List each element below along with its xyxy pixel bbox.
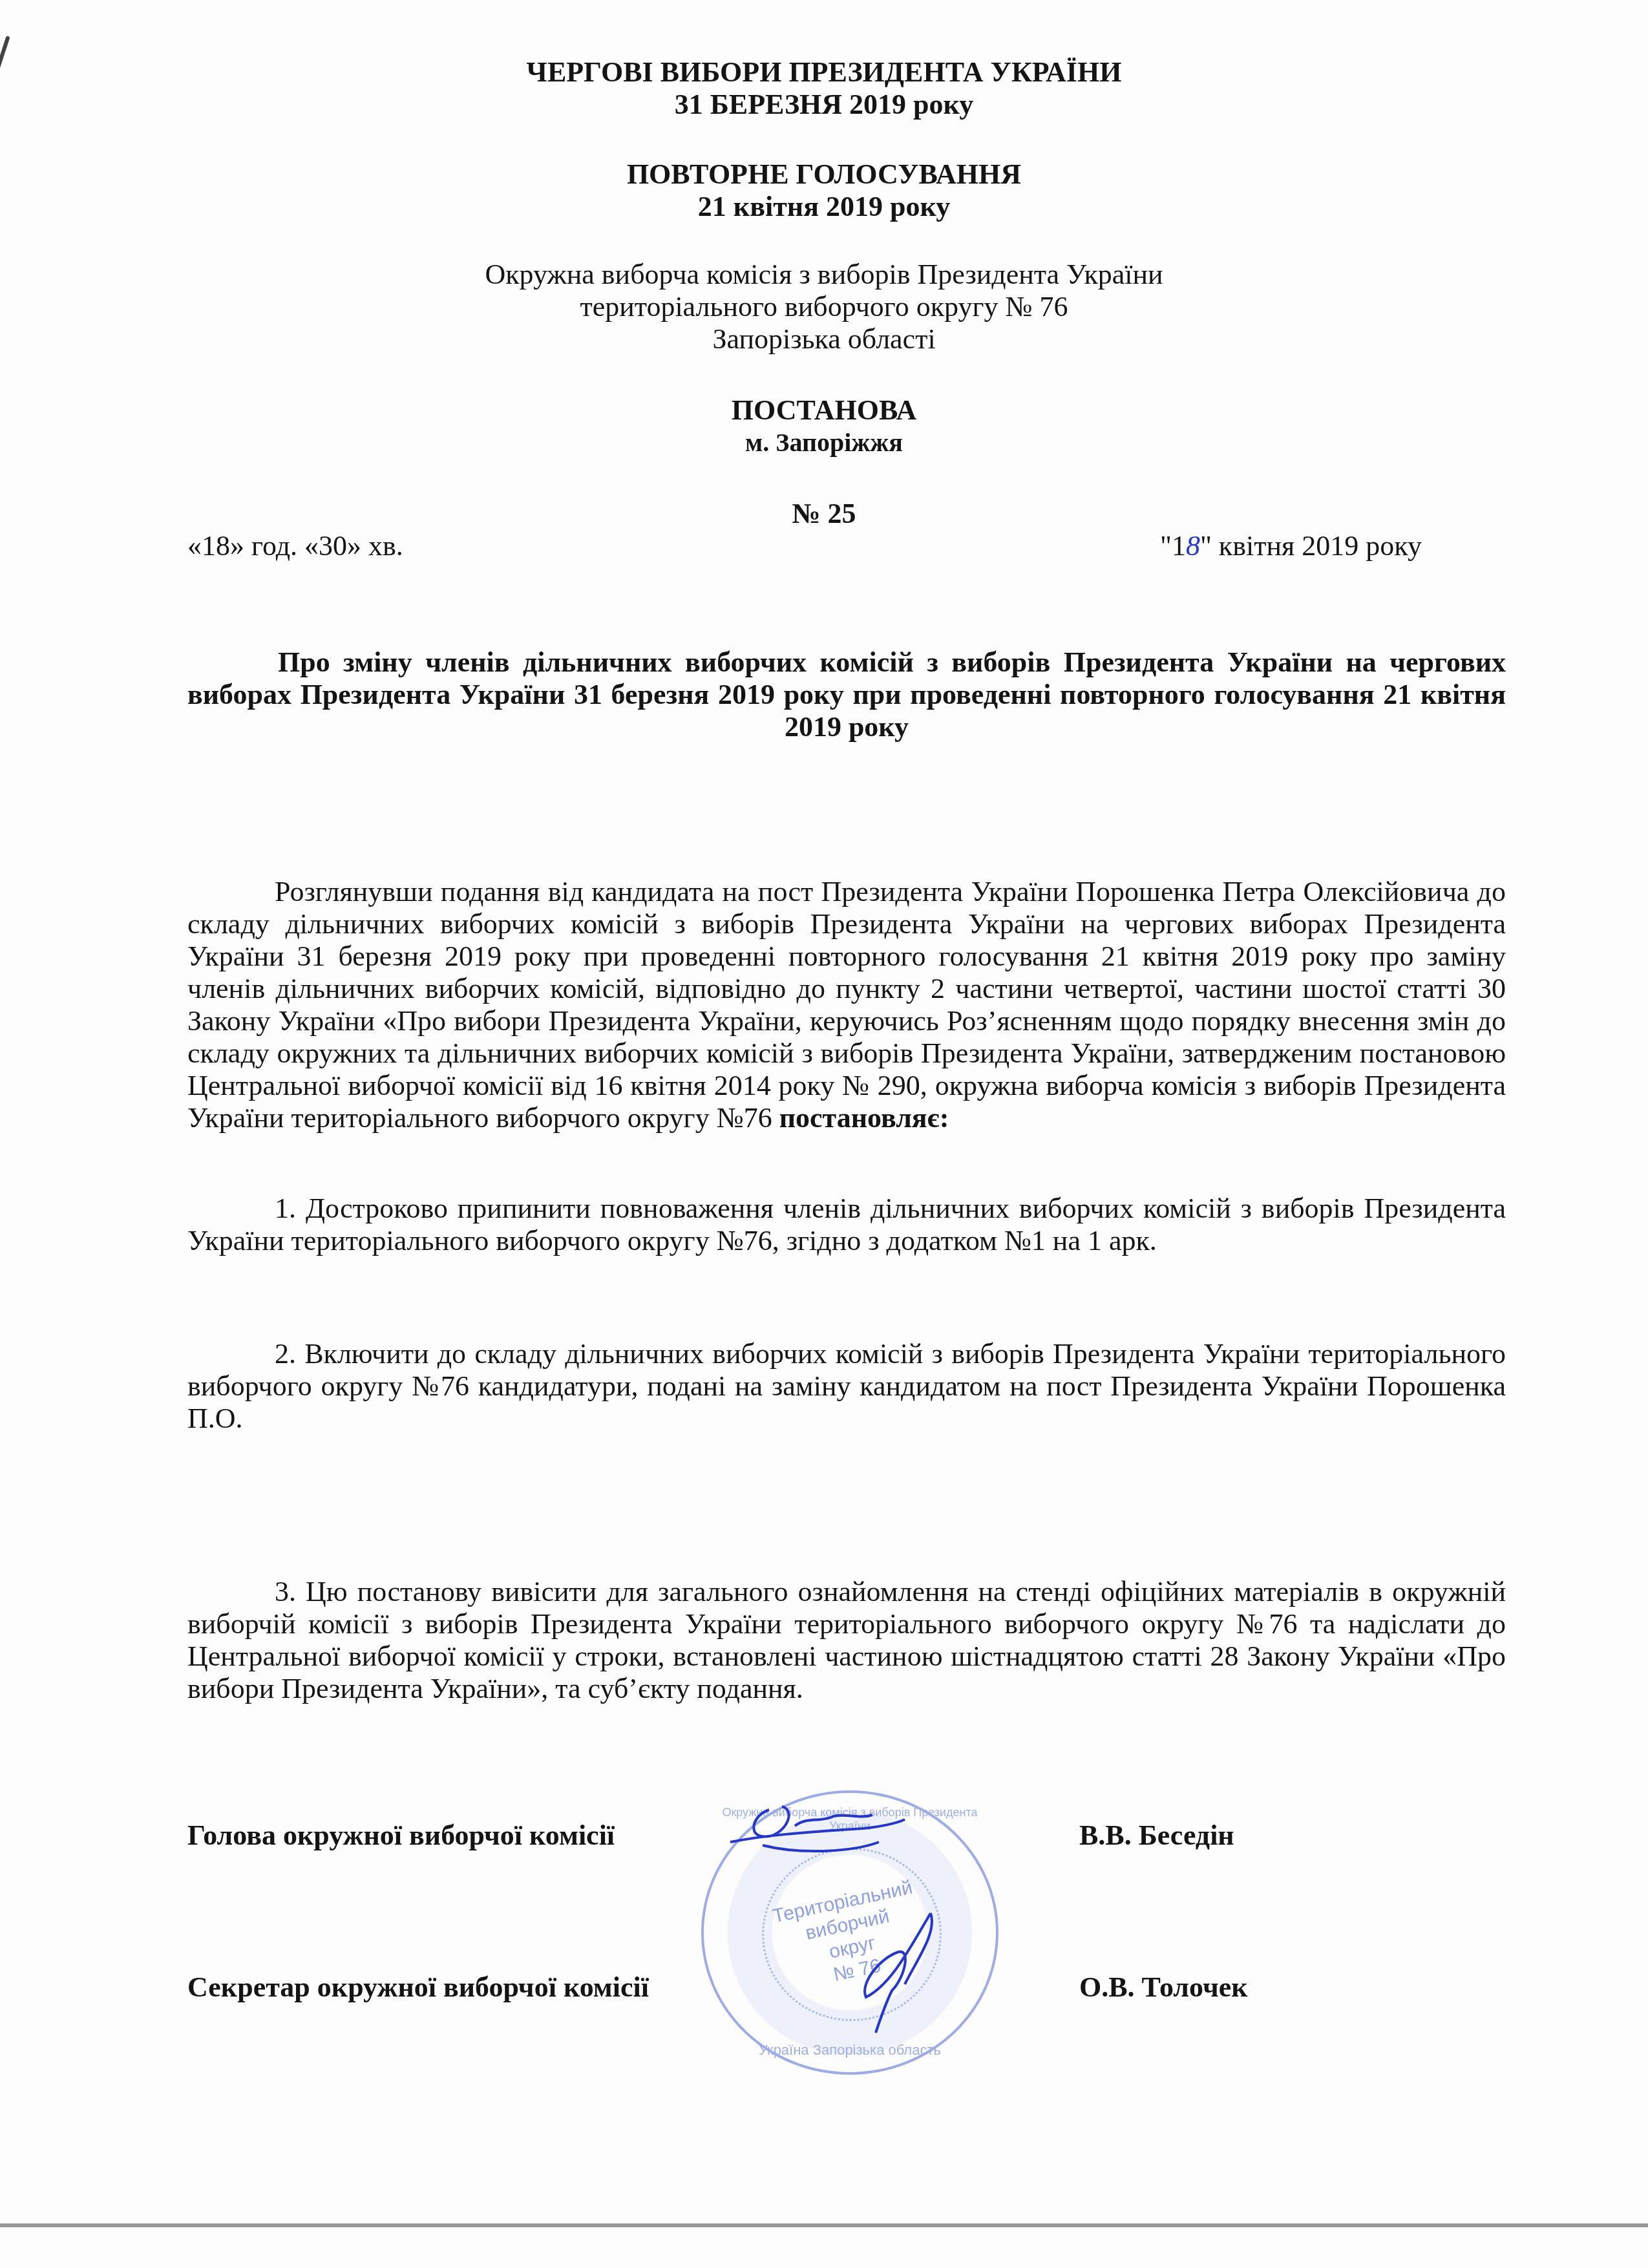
- commission-name: Окружна виборча комісія з виборів Презид…: [0, 259, 1648, 291]
- item-2: 2. Включити до складу дільничних виборчи…: [187, 1338, 1506, 1435]
- commission-district: територіального виборчого округу № 76: [0, 291, 1648, 323]
- signatory-role: Секретар окружної виборчої комісії: [187, 1971, 649, 2004]
- chair-signature-icon: [724, 1797, 918, 1858]
- preamble: Розглянувши подання від кандидата на пос…: [187, 876, 1506, 1134]
- election-date: 31 БЕРЕЗНЯ 2019 року: [0, 89, 1648, 121]
- resolution-number: № 25: [0, 498, 1648, 530]
- decision-keyword: постановляє:: [779, 1102, 949, 1134]
- item-3: 3. Цю постанову вивісити для загального …: [187, 1576, 1506, 1705]
- resolution-date: "18" квітня 2019 року: [1160, 530, 1422, 562]
- signatory-name: О.В. Толочек: [1079, 1971, 1248, 2004]
- stamp-ring-bottom-text: Україна Запорізька область: [704, 2042, 996, 2059]
- runoff-date: 21 квітня 2019 року: [0, 191, 1648, 223]
- signatory-name: В.В. Беседін: [1079, 1819, 1234, 1852]
- resolution-subject: Про зміну членів дільничних виборчих ком…: [187, 646, 1506, 743]
- page-edge: [0, 2223, 1648, 2227]
- resolution-city: м. Запоріжжя: [0, 427, 1648, 459]
- runoff-title: ПОВТОРНЕ ГОЛОСУВАННЯ: [0, 158, 1648, 191]
- secretary-signature-icon: [853, 1907, 944, 2039]
- resolution-title: ПОСТАНОВА: [0, 394, 1648, 427]
- document-page: ЧЕРГОВІ ВИБОРИ ПРЕЗИДЕНТА УКРАЇНИ 31 БЕР…: [0, 0, 1648, 2268]
- signatory-role: Голова окружної виборчої комісії: [187, 1819, 615, 1852]
- resolution-time: «18» год. «30» хв.: [187, 530, 403, 562]
- handwritten-correction: 8: [1186, 530, 1200, 562]
- commission-region: Запорізька області: [0, 323, 1648, 355]
- election-title: ЧЕРГОВІ ВИБОРИ ПРЕЗИДЕНТА УКРАЇНИ: [0, 56, 1648, 89]
- item-1: 1. Достроково припинити повноваження чле…: [187, 1192, 1506, 1257]
